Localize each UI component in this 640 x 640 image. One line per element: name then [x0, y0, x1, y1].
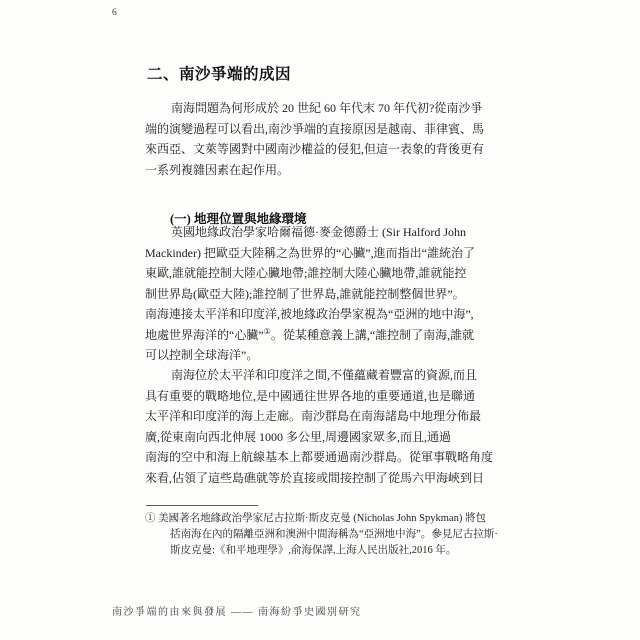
book-page: 6 二、南沙爭端的成因 南海問題為何形成於 20 世紀 60 年代末 70 年代…: [0, 0, 640, 640]
text-line: 南海位於太平洋和印度洋之間,不僅蘊藏着豐富的資源,而且: [145, 365, 495, 386]
text-line: Mackinder) 把歐亞大陸稱之為世界的“心臟”,進而指出“誰統治了: [145, 243, 495, 264]
text-line: 英國地緣政治學家哈爾福德·麥金德爵士 (Sir Halford John: [145, 222, 495, 243]
chapter-title: 二、南沙爭端的成因: [147, 62, 291, 84]
text-line: 太平洋和印度洋的海上走廊。南沙群島在南海諸島中地理分佈最: [145, 406, 495, 427]
text-line: 制世界島(歐亞大陸);誰控制了世界島,誰就能控制整個世界”。: [145, 284, 495, 305]
text-line: 端的演變過程可以看出,南沙爭端的直接原因是越南、菲律賓、馬: [145, 119, 495, 140]
text-line: 一系列複雜因素在起作用。: [145, 160, 495, 181]
paragraph-strategic-location: 南海位於太平洋和印度洋之間,不僅蘊藏着豐富的資源,而且具有重要的戰略地位,是中國…: [145, 365, 495, 488]
text-line: 具有重要的戰略地位,是中國通往世界各地的重要通道,也是聯通: [145, 386, 495, 407]
footnote-separator-rule: [146, 505, 258, 506]
text-line: 來西亞、文萊等國對中國南沙權益的侵犯,但這一表象的背後更有: [145, 139, 495, 160]
running-footer: 南沙爭端的由來與發展 —— 南海紛爭史國別研究: [112, 603, 362, 618]
text-line: 斯皮克曼:《和平地理學》,俞海保譯,上海人民出版社,2016 年。: [170, 543, 515, 559]
text-line: 東歐,誰就能控制大陸心臟地帶;誰控制大陸心臟地帶,誰就能控: [145, 263, 495, 284]
text-line: 地處世界海洋的“心臟”①。從某種意義上講,“誰控制了南海,誰就: [145, 325, 495, 346]
text-line: 可以控制全球海洋”。: [145, 345, 495, 366]
text-line: 括南海在內的隔離亞洲和澳洲中間海稱為“亞洲地中海”。參見尼古拉斯·: [170, 527, 515, 543]
text-line: 南海連接太平洋和印度洋,被地緣政治學家視為“亞洲的地中海”,: [145, 304, 495, 325]
text-line: 廣,從東南向西北伸展 1000 多公里,周邊國家眾多,而且,通過: [145, 427, 495, 448]
footnote: ① 美國著名地緣政治學家尼古拉斯·斯皮克曼 (Nicholas John Spy…: [145, 511, 515, 559]
footnote-ref-mark: ①: [264, 327, 271, 336]
paragraph-intro: 南海問題為何形成於 20 世紀 60 年代末 70 年代初?從南沙爭端的演變過程…: [145, 98, 495, 180]
text-line: 南海問題為何形成於 20 世紀 60 年代末 70 年代初?從南沙爭: [145, 98, 495, 119]
text-line: 來看,佔領了這些島礁就等於直接或間接控制了從馬六甲海峽到日: [145, 468, 495, 489]
page-number: 6: [112, 8, 117, 18]
text-line: ① 美國著名地緣政治學家尼古拉斯·斯皮克曼 (Nicholas John Spy…: [145, 511, 515, 527]
paragraph-geopolitics: 英國地緣政治學家哈爾福德·麥金德爵士 (Sir Halford JohnMack…: [145, 222, 495, 366]
text-line: 南海的空中和海上航線基本上都要通過南沙群島。從軍事戰略角度: [145, 447, 495, 468]
